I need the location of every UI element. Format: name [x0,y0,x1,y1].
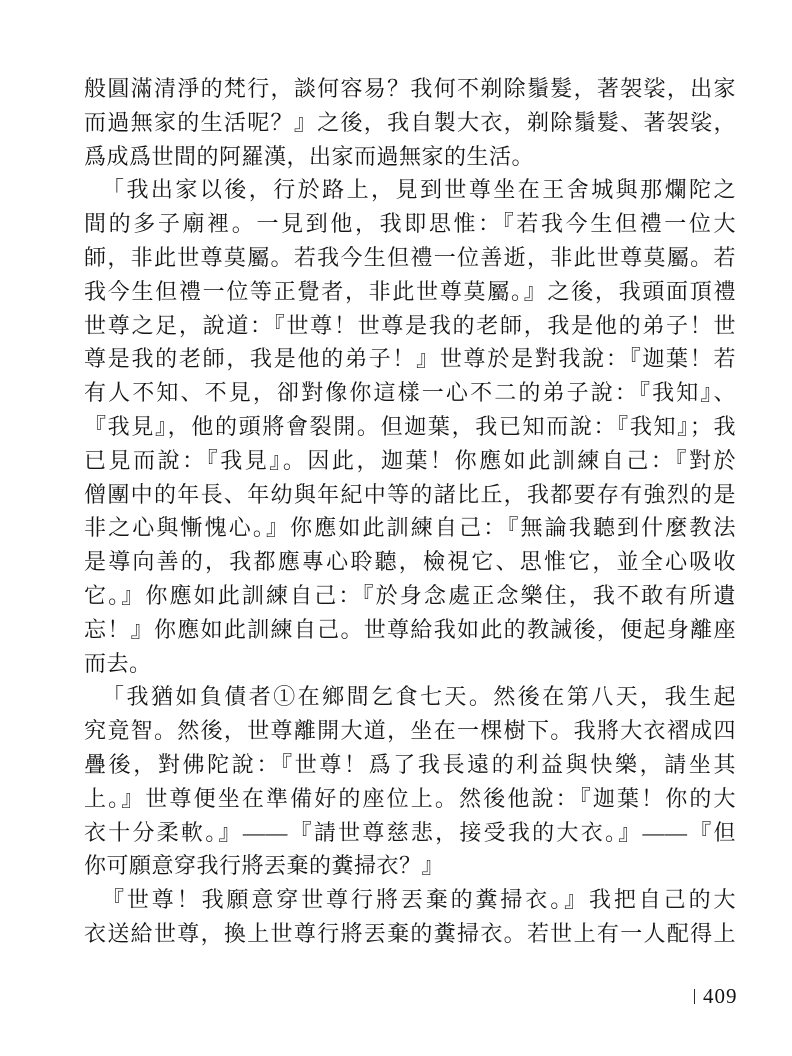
text-line: 般圓滿清淨的梵行，談何容易？我何不剃除鬚髮，著袈裟，出家 [84,72,736,106]
text-line: 『世尊！我願意穿世尊行將丟棄的糞掃衣。』我把自己的大 [84,883,736,917]
text-line: 已見而說：『我見』。因此，迦葉！你應如此訓練自己：『對於 [84,444,736,478]
text-line: 衣十分柔軟。』——『請世尊慈悲，接受我的大衣。』——『但 [84,816,736,850]
text-line: 我今生但禮一位等正覺者，非此世尊莫屬。』之後，我頭面頂禮 [84,275,736,309]
text-line: 間的多子廟裡。一見到他，我即思惟：『若我今生但禮一位大 [84,207,736,241]
page-footer: 409 [694,986,738,1007]
text-line: 究竟智。然後，世尊離開大道，坐在一棵樹下。我將大衣褶成四 [84,714,736,748]
text-line: 衣送給世尊，換上世尊行將丟棄的糞掃衣。若世上有一人配得上 [84,917,736,951]
text-block: 般圓滿清淨的梵行，談何容易？我何不剃除鬚髮，著袈裟，出家而過無家的生活呢？』之後… [84,72,736,951]
text-line: 爲成爲世間的阿羅漢，出家而過無家的生活。 [84,140,736,174]
text-line: 你可願意穿我行將丟棄的糞掃衣？』 [84,849,736,883]
text-line: 世尊之足，說道：『世尊！世尊是我的老師，我是他的弟子！世 [84,309,736,343]
text-line: 忘！』你應如此訓練自己。世尊給我如此的教誡後，便起身離座 [84,613,736,647]
text-line: 「我猶如負債者①在鄉間乞食七天。然後在第八天，我生起 [84,680,736,714]
text-line: 是導向善的，我都應專心聆聽，檢視它、思惟它，並全心吸收 [84,545,736,579]
page-number: 409 [703,986,738,1007]
text-line: 上。』世尊便坐在準備好的座位上。然後他說：『迦葉！你的大 [84,782,736,816]
text-line: 而過無家的生活呢？』之後，我自製大衣，剃除鬚髮、著袈裟， [84,106,736,140]
text-line: 它。』你應如此訓練自己：『於身念處正念樂住，我不敢有所遺 [84,579,736,613]
text-line: 而去。 [84,647,736,681]
book-page: 般圓滿清淨的梵行，談何容易？我何不剃除鬚髮，著袈裟，出家而過無家的生活呢？』之後… [0,0,792,1056]
text-line: 尊是我的老師，我是他的弟子！』世尊於是對我說：『迦葉！若 [84,342,736,376]
text-line: 「我出家以後，行於路上，見到世尊坐在王舍城與那爛陀之 [84,173,736,207]
text-line: 疊後，對佛陀說：『世尊！爲了我長遠的利益與快樂，請坐其 [84,748,736,782]
text-line: 有人不知、不見，卻對像你這樣一心不二的弟子說：『我知』、 [84,376,736,410]
text-line: 非之心與慚愧心。』你應如此訓練自己：『無論我聽到什麼教法 [84,511,736,545]
footer-divider-line [694,989,695,1004]
text-line: 師，非此世尊莫屬。若我今生但禮一位善逝，非此世尊莫屬。若 [84,241,736,275]
text-line: 『我見』，他的頭將會裂開。但迦葉，我已知而說：『我知』；我 [84,410,736,444]
text-line: 僧團中的年長、年幼與年紀中等的諸比丘，我都要存有強烈的是 [84,478,736,512]
